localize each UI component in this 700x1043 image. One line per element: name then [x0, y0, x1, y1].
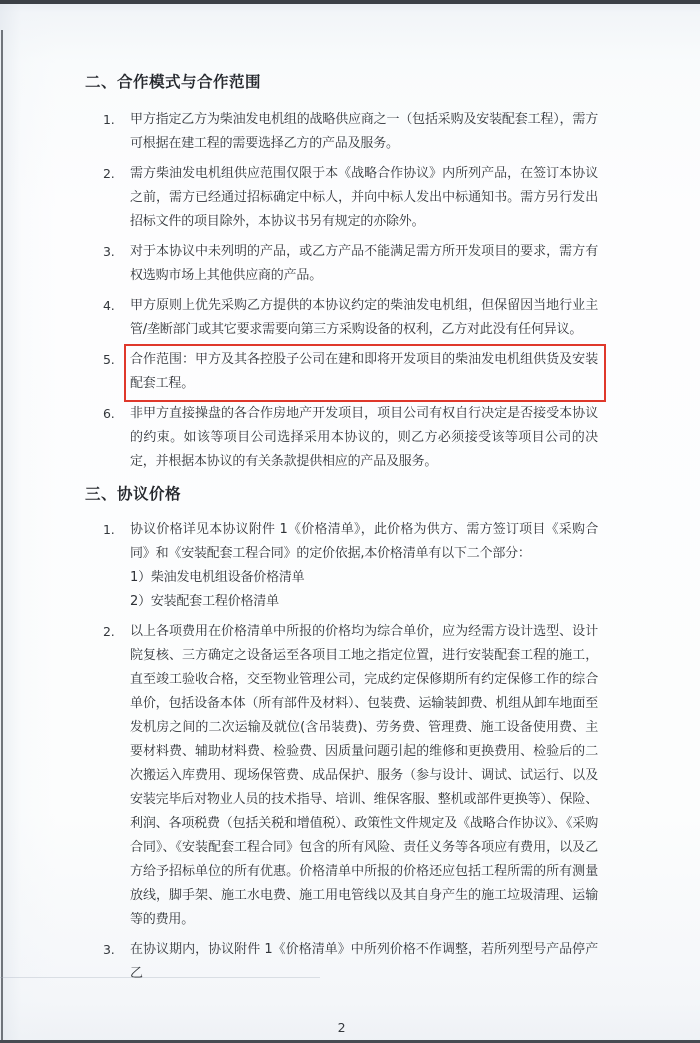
highlight-box-cooperation-scope-clause: 合作范围：甲方及其各控股子公司在建和即将开发项目的柴油发电机组供货及安装配套工程… [124, 344, 606, 402]
item-number: 1. [103, 108, 130, 156]
sub-item-price-list-equipment: 1）柴油发电机组设备价格清单 [130, 566, 598, 590]
section-heading-agreement-price: 三、协议价格 [85, 482, 598, 506]
list-item-3-1: 1. 协议价格详见本协议附件 1《价格清单》，此价格为供方、需方签订项目《采购合… [85, 518, 598, 614]
item-number: 6. [103, 402, 130, 474]
scan-edge-top [0, 0, 700, 4]
list-item-2-5-highlighted: 5. 合作范围：甲方及其各控股子公司在建和即将开发项目的柴油发电机组供货及安装配… [85, 348, 598, 396]
item-number: 3. [103, 938, 130, 986]
page-content: 二、合作模式与合作范围 1. 甲方指定乙方为柴油发电机组的战略供应商之一（包括采… [85, 70, 598, 992]
item-text: 以上各项费用在价格清单中所报的价格均为综合单价，应为经需方设计选型、设计院复核、… [130, 620, 598, 932]
sub-item-price-list-installation: 2）安装配套工程价格清单 [130, 590, 598, 614]
list-item-2-1: 1. 甲方指定乙方为柴油发电机组的战略供应商之一（包括采购及安装配套工程），需方… [85, 108, 598, 156]
list-item-2-3: 3. 对于本协议中未列明的产品，或乙方产品不能满足需方所开发项目的要求，需方有权… [85, 240, 598, 288]
item-text: 对于本协议中未列明的产品，或乙方产品不能满足需方所开发项目的要求，需方有权选购市… [130, 240, 598, 288]
item-number: 2. [103, 162, 130, 234]
item-text: 需方柴油发电机组供应范围仅限于本《战略合作协议》内所列产品，在签订本协议之前，需… [130, 162, 598, 234]
list-item-2-6: 6. 非甲方直接操盘的各合作房地产开发项目，项目公司有权自行决定是否接受本协议的… [85, 402, 598, 474]
list-item-3-2: 2. 以上各项费用在价格清单中所报的价格均为综合单价，应为经需方设计选型、设计院… [85, 620, 598, 932]
item-text: 甲方原则上优先采购乙方提供的本协议约定的柴油发电机组，但保留因当地行业主管/垄断… [130, 294, 598, 342]
section-heading-cooperation-scope: 二、合作模式与合作范围 [85, 70, 598, 94]
list-item-2-2: 2. 需方柴油发电机组供应范围仅限于本《战略合作协议》内所列产品，在签订本协议之… [85, 162, 598, 234]
list-item-3-3: 3. 在协议期内，协议附件 1《价格清单》中所列价格不作调整，若所列型号产品停产… [85, 938, 598, 986]
item-number: 1. [103, 518, 130, 614]
page-number: 2 [85, 1016, 598, 1040]
list-item-2-4: 4. 甲方原则上优先采购乙方提供的本协议约定的柴油发电机组，但保留因当地行业主管… [85, 294, 598, 342]
scanned-contract-page: 二、合作模式与合作范围 1. 甲方指定乙方为柴油发电机组的战略供应商之一（包括采… [0, 0, 700, 1043]
item-text: 在协议期内，协议附件 1《价格清单》中所列价格不作调整，若所列型号产品停产乙 [130, 938, 598, 986]
item-text: 甲方指定乙方为柴油发电机组的战略供应商之一（包括采购及安装配套工程），需方可根据… [130, 108, 598, 156]
item-text: 非甲方直接操盘的各合作房地产开发项目，项目公司有权自行决定是否接受本协议的约束。… [130, 402, 598, 474]
scan-edge-left [1, 30, 3, 1043]
item-text: 协议价格详见本协议附件 1《价格清单》，此价格为供方、需方签订项目《采购合同》和… [130, 518, 598, 566]
item-number: 4. [103, 294, 130, 342]
item-number: 3. [103, 240, 130, 288]
item-number: 2. [103, 620, 130, 932]
